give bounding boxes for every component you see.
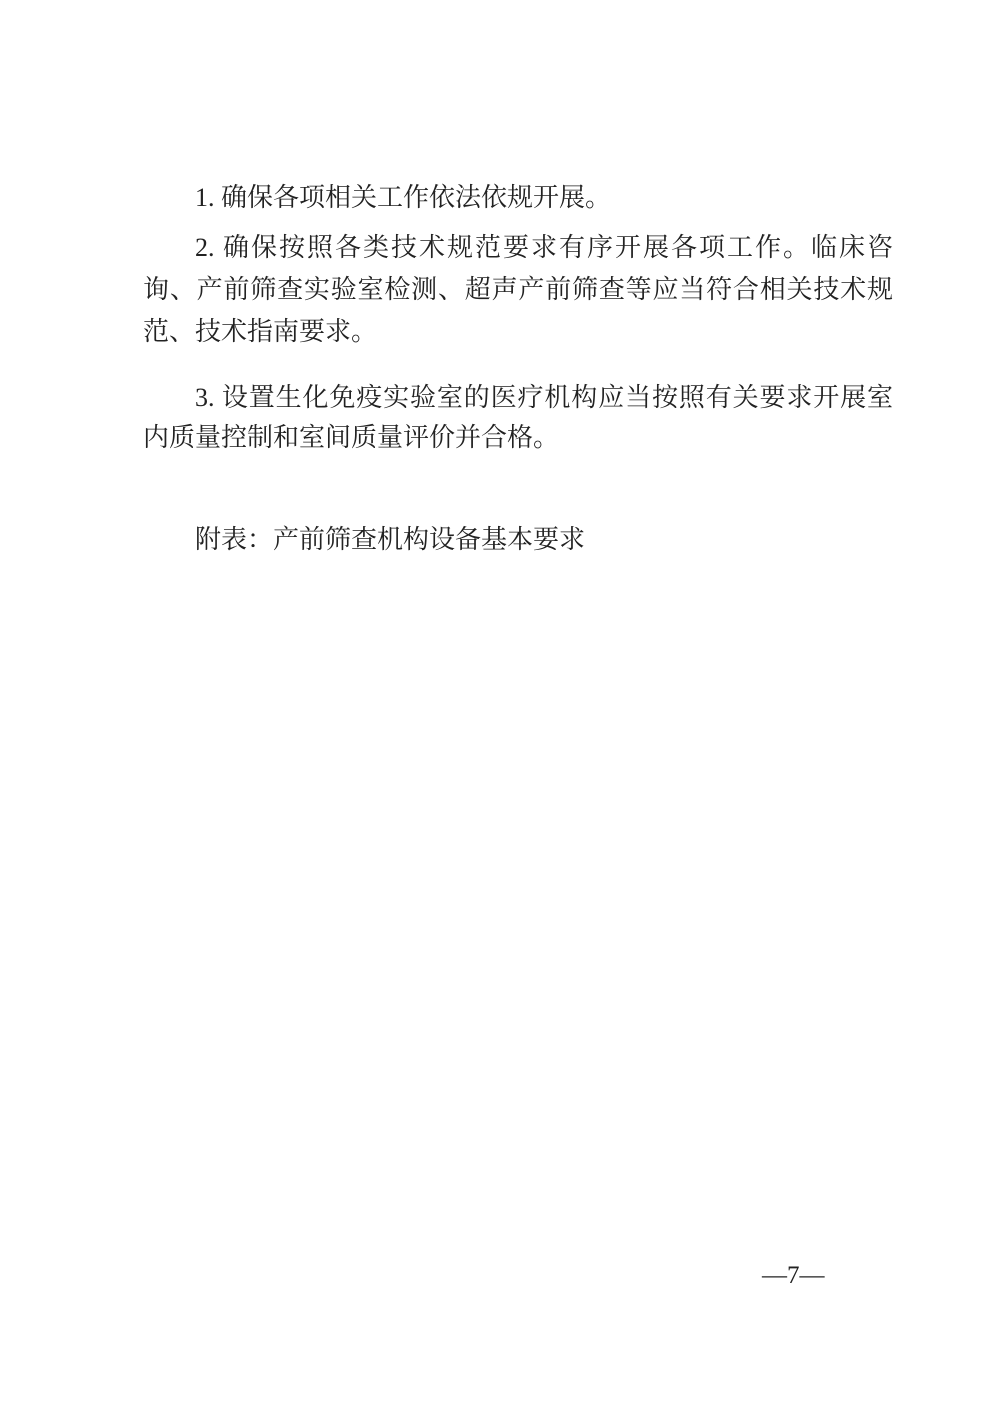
text-line: 2. 确保按照各类技术规范要求有序开展各项工作。临床咨 xyxy=(143,227,893,269)
text-line: 内质量控制和室间质量评价并合格。 xyxy=(143,418,893,458)
text-line: 附表：产前筛查机构设备基本要求 xyxy=(143,519,893,561)
text-line: 范、技术指南要求。 xyxy=(143,311,893,353)
text-line: 1. 确保各项相关工作依法依规开展。 xyxy=(143,177,893,219)
paragraph-item-2: 2. 确保按照各类技术规范要求有序开展各项工作。临床咨 询、产前筛查实验室检测、… xyxy=(143,227,893,353)
document-page: 1. 确保各项相关工作依法依规开展。 2. 确保按照各类技术规范要求有序开展各项… xyxy=(0,0,1000,1416)
text-line: 询、产前筛查实验室检测、超声产前筛查等应当符合相关技术规 xyxy=(143,269,893,311)
page-number: —7— xyxy=(762,1261,825,1291)
paragraph-item-1: 1. 确保各项相关工作依法依规开展。 xyxy=(143,177,893,219)
attachment-note: 附表：产前筛查机构设备基本要求 xyxy=(143,519,893,561)
paragraph-item-3: 3. 设置生化免疫实验室的医疗机构应当按照有关要求开展室 内质量控制和室间质量评… xyxy=(143,378,893,458)
text-line: 3. 设置生化免疫实验室的医疗机构应当按照有关要求开展室 xyxy=(143,378,893,418)
